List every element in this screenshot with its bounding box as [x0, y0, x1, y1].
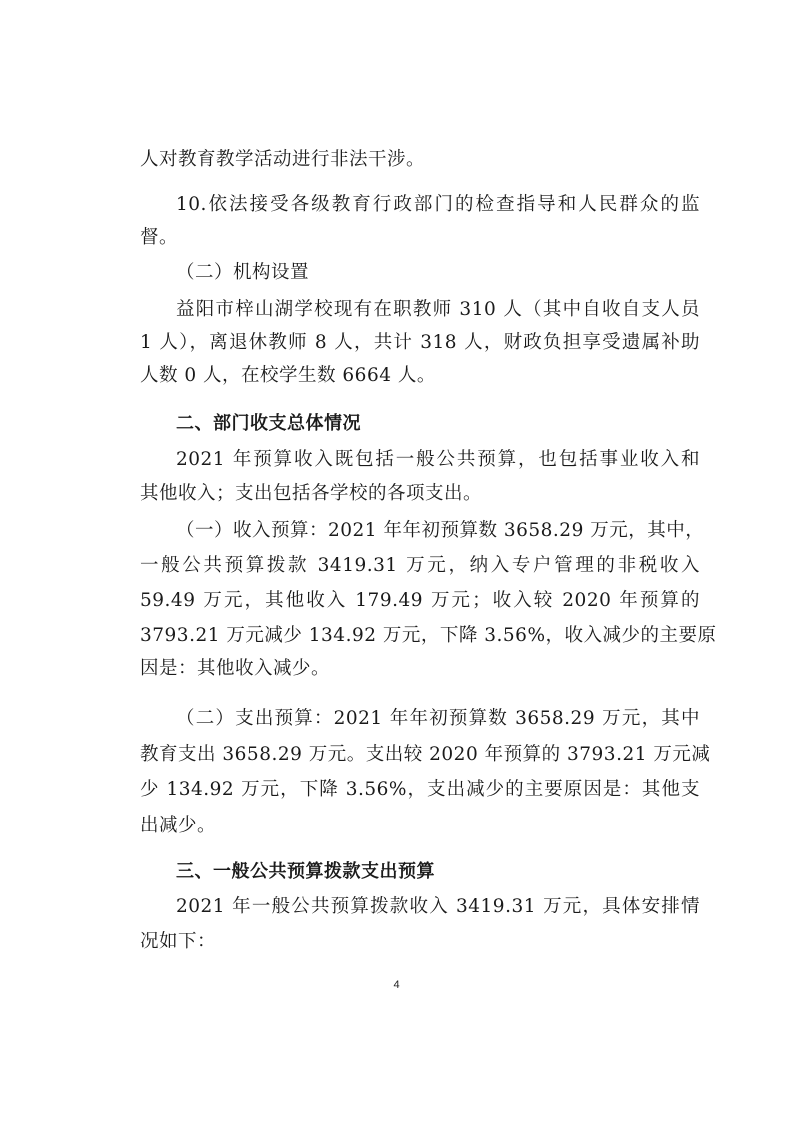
paragraph-line: 少 134.92 万元，下降 3.56%，支出减少的主要原因是：其他支	[140, 778, 700, 802]
section-heading: 二、部门收支总体情况	[176, 412, 700, 436]
paragraph-line: 教育支出 3658.29 万元。支出较 2020 年预算的 3793.21 万元…	[140, 743, 700, 767]
paragraph-line: 出减少。	[140, 814, 700, 838]
section-heading: 三、一般公共预算拨款支出预算	[176, 860, 700, 884]
paragraph-line: 2021 年预算收入既包括一般公共预算，也包括事业收入和	[176, 448, 700, 472]
paragraph-line: 因是：其他收入减少。	[140, 657, 700, 681]
paragraph-line: 10.依法接受各级教育行政部门的检查指导和人民群众的监	[176, 193, 700, 217]
paragraph-line: 59.49 万元，其他收入 179.49 万元；收入较 2020 年预算的	[140, 589, 700, 613]
paragraph-line: 一般公共预算拨款 3419.31 万元，纳入专户管理的非税收入	[140, 554, 700, 578]
paragraph-line: 督。	[140, 226, 700, 250]
section-subheading: （二）机构设置	[176, 261, 700, 285]
paragraph-line: 人对教育教学活动进行非法干涉。	[140, 148, 700, 172]
paragraph-line: （一）收入预算：2021 年年初预算数 3658.29 万元，其中，	[176, 519, 700, 543]
paragraph-line: 3793.21 万元减少 134.92 万元，下降 3.56%，收入减少的主要原	[140, 624, 700, 648]
paragraph-line: （二）支出预算：2021 年年初预算数 3658.29 万元，其中	[176, 707, 700, 731]
paragraph-line: 益阳市梓山湖学校现有在职教师 310 人（其中自收自支人员	[176, 298, 700, 322]
page-number: 4	[0, 979, 793, 991]
paragraph-line: 其他收入；支出包括各学校的各项支出。	[140, 482, 700, 506]
paragraph-line: 1 人），离退休教师 8 人，共计 318 人，财政负担享受遗属补助	[140, 331, 700, 355]
paragraph-line: 况如下：	[140, 930, 700, 954]
paragraph-line: 人数 0 人，在校学生数 6664 人。	[140, 364, 700, 388]
paragraph-line: 2021 年一般公共预算拨款收入 3419.31 万元，具体安排情	[176, 895, 700, 919]
